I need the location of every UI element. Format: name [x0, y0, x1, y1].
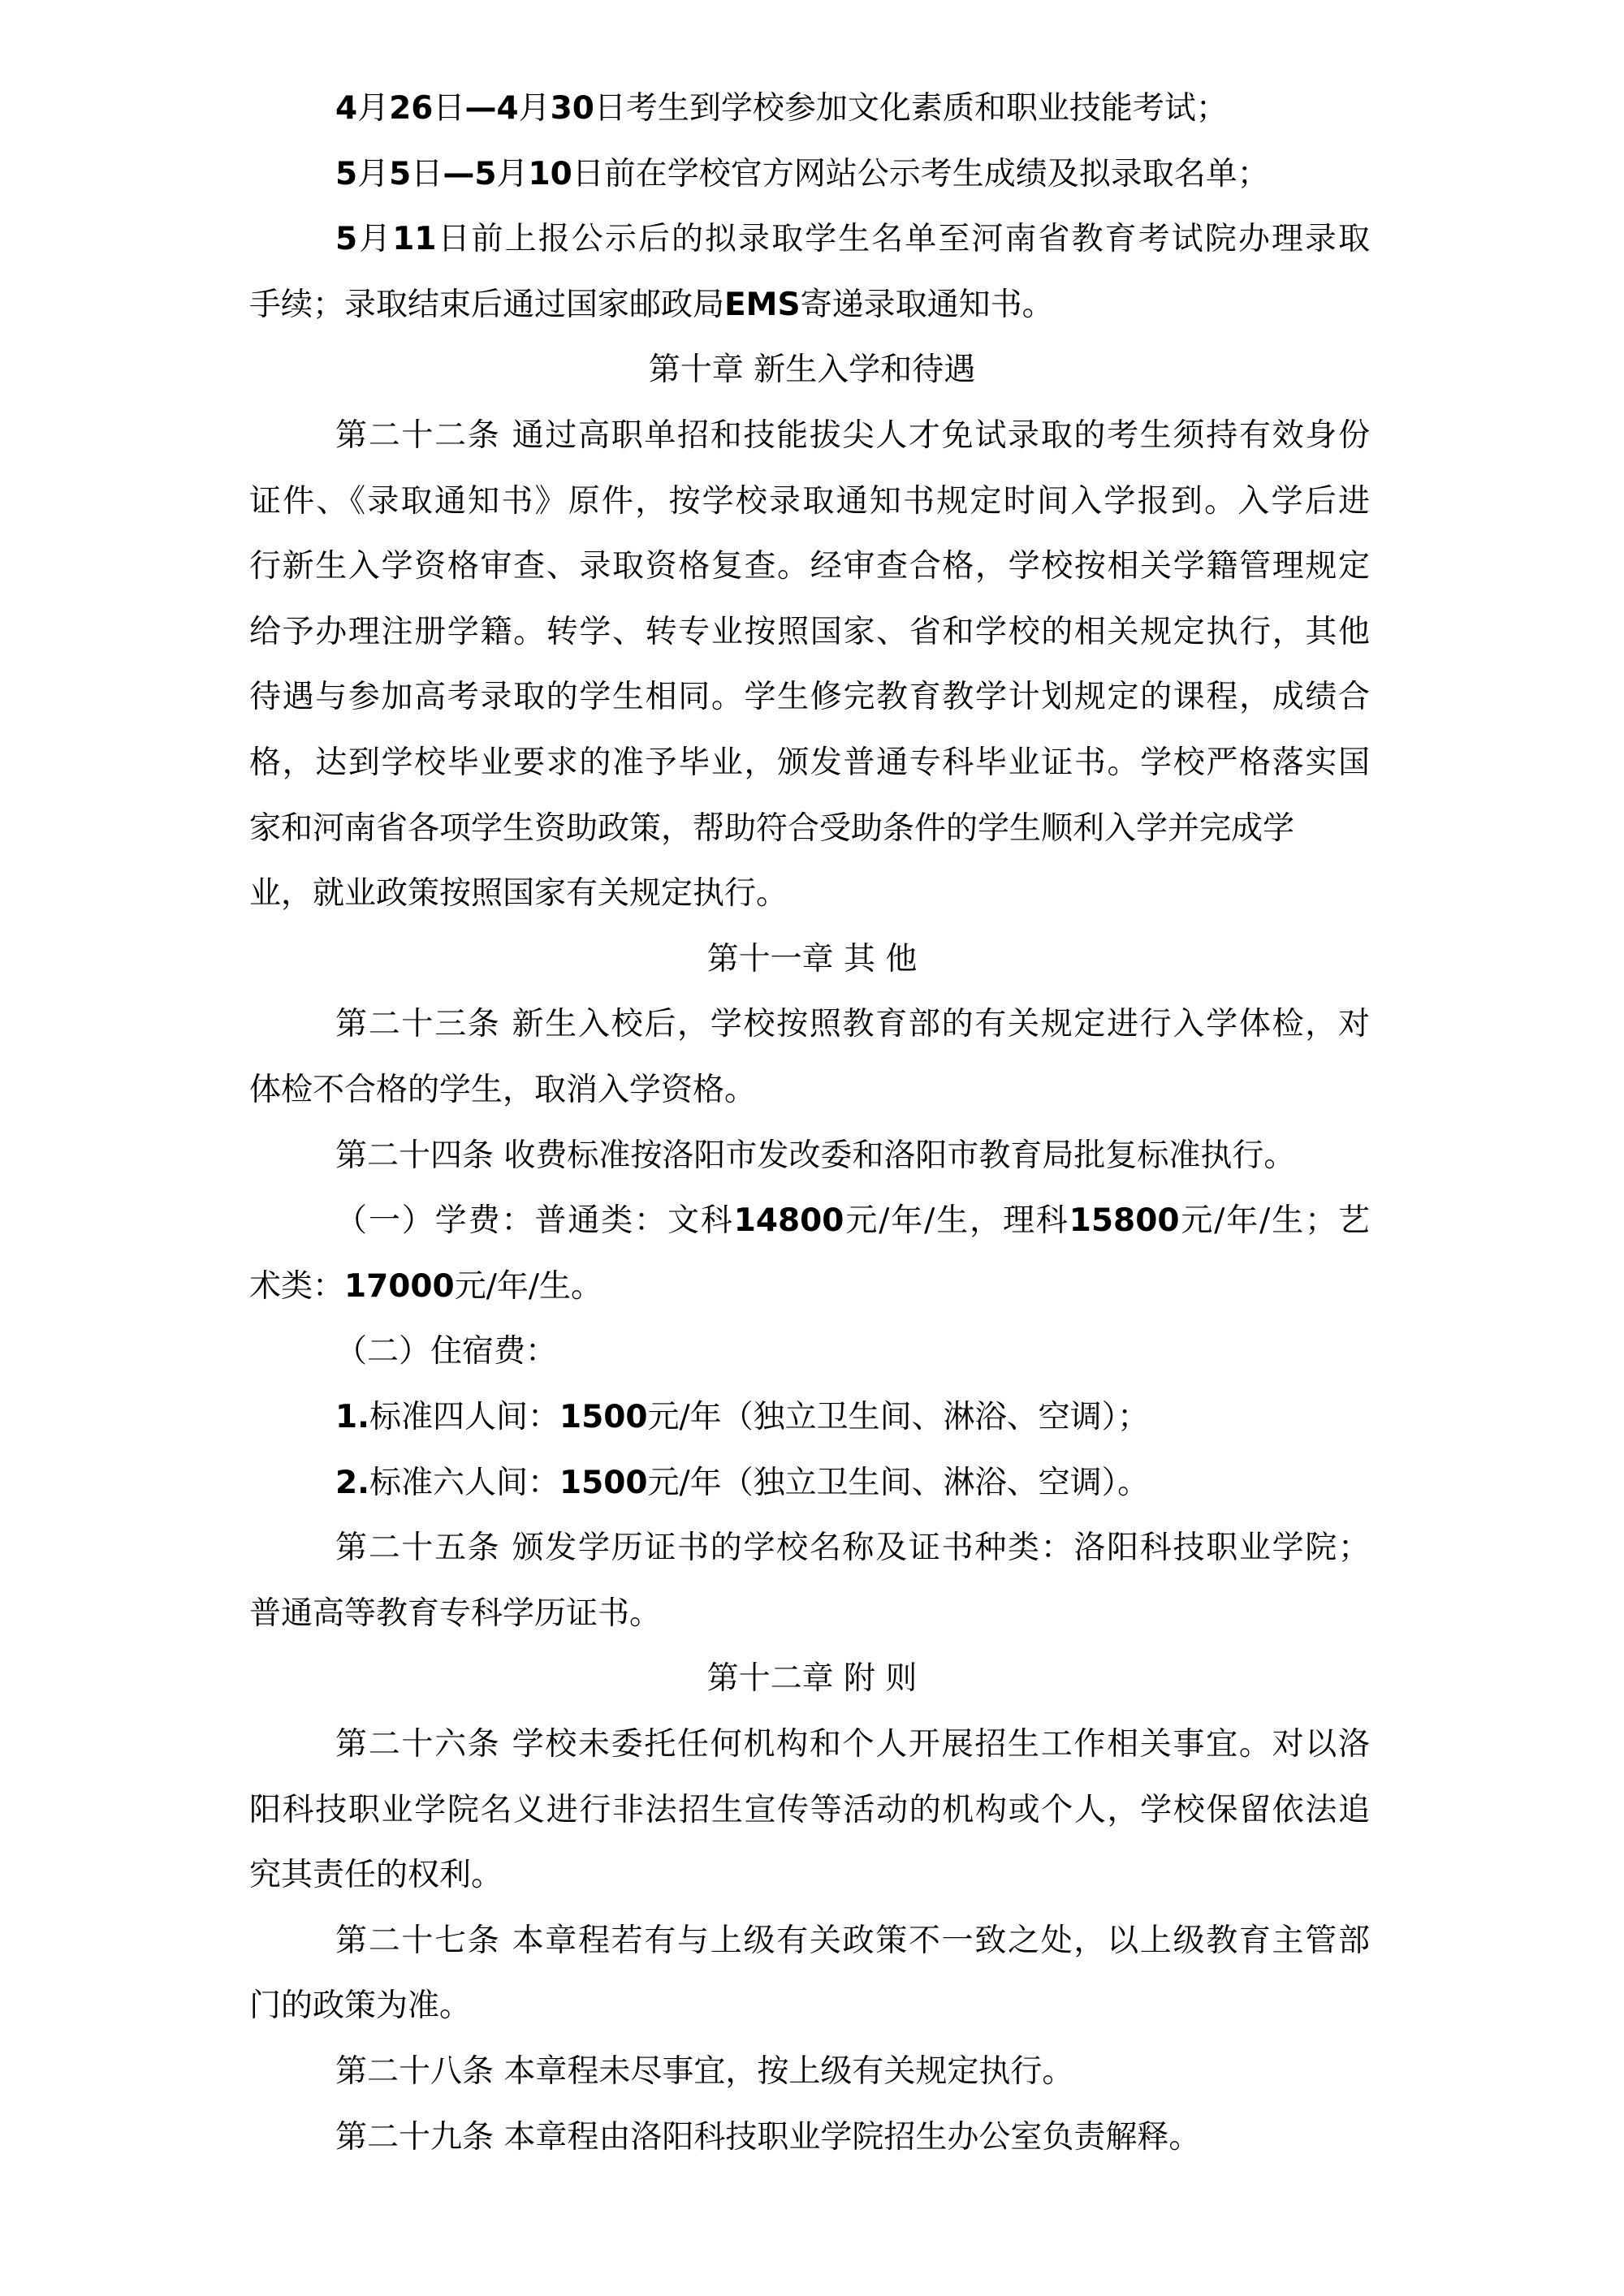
bold-text: 10: [528, 156, 572, 192]
text-line: 2.标准六人间：1500元/年（独立卫生间、淋浴、空调）。: [335, 1451, 1370, 1516]
text-segment: 第二十二条 通过高职单招和技能拔尖人才免试录取的考生须持有效身份: [335, 417, 1370, 454]
bold-text: 4: [335, 90, 357, 127]
text-segment: （一）学费：普通类：文科: [335, 1202, 734, 1239]
text-line: 5月11日前上报公示后的拟录取学生名单至河南省教育考试院办理录取: [335, 207, 1370, 272]
text-line: 第二十二条 通过高职单招和技能拔尖人才免试录取的考生须持有效身份: [335, 404, 1370, 468]
bold-text: 17000: [344, 1268, 455, 1305]
text-segment: 月: [496, 156, 528, 192]
text-line: 体检不合格的学生，取消入学资格。: [249, 1058, 1370, 1123]
text-segment: （二）住宿费：: [335, 1333, 557, 1370]
text-segment: 第十章 新生入学和待遇: [649, 352, 975, 388]
text-segment: 第二十八条 本章程未尽事宜，按上级有关规定执行。: [335, 2053, 1073, 2090]
text-segment: 体检不合格的学生，取消入学资格。: [249, 1072, 756, 1108]
text-segment: 阳科技职业学院名义进行非法招生宣传等活动的机构或个人，学校保留依法追: [249, 1792, 1370, 1828]
text-segment: 月: [357, 156, 389, 192]
bold-text: 5: [389, 156, 411, 192]
chapter-heading: 第十一章 其 他: [0, 927, 1624, 992]
bold-text: —5: [443, 156, 496, 192]
text-segment: 术类：: [249, 1268, 344, 1305]
text-segment: 元/年/生。: [455, 1268, 603, 1305]
text-line: 1.标准四人间：1500元/年（独立卫生间、淋浴、空调）；: [335, 1385, 1370, 1450]
text-segment: 格，达到学校毕业要求的准予毕业，颁发普通专科毕业证书。学校严格落实国: [249, 744, 1370, 781]
text-segment: 证件、《录取通知书》原件，按学校录取通知书规定时间入学报到。入学后进: [249, 483, 1370, 520]
text-segment: 日前在学校官方网站公示考生成绩及拟录取名单；: [572, 156, 1269, 192]
bold-text: —4: [464, 90, 518, 127]
chapter-heading: 第十章 新生入学和待遇: [0, 338, 1624, 403]
text-line: 给予办理注册学籍。转学、转专业按照国家、省和学校的相关规定执行，其他: [249, 600, 1370, 665]
text-line: （二）住宿费：: [335, 1319, 1370, 1384]
text-segment: 元/年（独立卫生间、淋浴、空调）；: [648, 1399, 1150, 1435]
text-line: 证件、《录取通知书》原件，按学校录取通知书规定时间入学报到。入学后进: [249, 469, 1370, 534]
text-segment: 月: [357, 221, 392, 257]
bold-text: 2.: [335, 1465, 369, 1501]
text-segment: 手续；录取结束后通过国家邮政局: [249, 287, 724, 323]
bold-text: 11: [392, 221, 436, 257]
text-line: 手续；录取结束后通过国家邮政局EMS寄递录取通知书。: [249, 273, 1370, 338]
text-line: 家和河南省各项学生资助政策，帮助符合受助条件的学生顺利入学并完成学: [249, 796, 1370, 861]
bold-text: 26: [389, 90, 433, 127]
bold-text: 1500: [559, 1465, 648, 1501]
text-segment: 第十一章 其 他: [707, 941, 918, 978]
text-line: 格，达到学校毕业要求的准予毕业，颁发普通专科毕业证书。学校严格落实国: [249, 731, 1370, 796]
bold-text: 15800: [1069, 1202, 1180, 1239]
text-line: 第二十五条 颁发学历证书的学校名称及证书种类：洛阳科技职业学院；: [335, 1516, 1370, 1581]
text-line: 普通高等教育专科学历证书。: [249, 1582, 1370, 1646]
text-segment: 月: [519, 90, 551, 127]
text-segment: 家和河南省各项学生资助政策，帮助符合受助条件的学生顺利入学并完成学: [249, 810, 1294, 847]
text-segment: 待遇与参加高考录取的学生相同。学生修完教育教学计划规定的课程，成绩合: [249, 679, 1370, 715]
text-segment: 标准四人间：: [369, 1399, 559, 1435]
bold-text: 5: [335, 221, 357, 257]
text-segment: 第二十四条 收费标准按洛阳市发改委和洛阳市教育局批复标准执行。: [335, 1137, 1295, 1174]
bold-text: 5: [335, 156, 357, 192]
text-segment: 日: [411, 156, 443, 192]
text-segment: 普通高等教育专科学历证书。: [249, 1595, 661, 1632]
text-segment: 元/年（独立卫生间、淋浴、空调）。: [648, 1465, 1150, 1501]
text-line: 第二十六条 学校未委托任何机构和个人开展招生工作相关事宜。对以洛: [335, 1712, 1370, 1777]
text-segment: 月: [357, 90, 389, 127]
text-segment: 第二十五条 颁发学历证书的学校名称及证书种类：洛阳科技职业学院；: [335, 1530, 1370, 1566]
text-segment: 究其责任的权利。: [249, 1857, 503, 1893]
text-segment: 第十二章 附 则: [707, 1660, 918, 1697]
text-segment: 给予办理注册学籍。转学、转专业按照国家、省和学校的相关规定执行，其他: [249, 614, 1370, 650]
text-segment: 寄递录取通知书。: [801, 287, 1054, 323]
chapter-heading: 第十二章 附 则: [0, 1646, 1624, 1711]
text-line: 行新生入学资格审查、录取资格复查。经审查合格，学校按相关学籍管理规定: [249, 534, 1370, 599]
text-segment: 第二十三条 新生入校后，学校按照教育部的有关规定进行入学体检，对: [335, 1006, 1370, 1042]
text-line: 第二十九条 本章程由洛阳科技职业学院招生办公室负责解释。: [335, 2105, 1370, 2170]
text-segment: 日: [433, 90, 464, 127]
bold-text: EMS: [724, 287, 801, 323]
bold-text: 1500: [559, 1399, 648, 1435]
text-line: （一）学费：普通类：文科14800元/年/生，理科15800元/年/生；艺: [335, 1189, 1370, 1254]
text-line: 门的政策为准。: [249, 1974, 1370, 2039]
text-line: 第二十三条 新生入校后，学校按照教育部的有关规定进行入学体检，对: [335, 992, 1370, 1057]
text-segment: 第二十六条 学校未委托任何机构和个人开展招生工作相关事宜。对以洛: [335, 1726, 1370, 1763]
text-segment: 第二十九条 本章程由洛阳科技职业学院招生办公室负责解释。: [335, 2119, 1200, 2156]
text-line: 第二十七条 本章程若有与上级有关政策不一致之处，以上级教育主管部: [335, 1909, 1370, 1974]
text-segment: 元/年/生；艺: [1179, 1202, 1370, 1239]
text-line: 4月26日—4月30日考生到学校参加文化素质和职业技能考试；: [335, 76, 1370, 141]
text-line: 究其责任的权利。: [249, 1843, 1370, 1908]
text-segment: 日考生到学校参加文化素质和职业技能考试；: [594, 90, 1228, 127]
text-line: 待遇与参加高考录取的学生相同。学生修完教育教学计划规定的课程，成绩合: [249, 665, 1370, 730]
text-line: 第二十四条 收费标准按洛阳市发改委和洛阳市教育局批复标准执行。: [335, 1124, 1370, 1189]
bold-text: 1.: [335, 1399, 369, 1435]
text-segment: 标准六人间：: [369, 1465, 559, 1501]
text-segment: 门的政策为准。: [249, 1987, 471, 2024]
text-segment: 业，就业政策按照国家有关规定执行。: [249, 875, 788, 912]
bold-text: 14800: [734, 1202, 844, 1239]
text-segment: 第二十七条 本章程若有与上级有关政策不一致之处，以上级教育主管部: [335, 1923, 1370, 1959]
text-segment: 日前上报公示后的拟录取学生名单至河南省教育考试院办理录取: [437, 221, 1370, 257]
text-line: 业，就业政策按照国家有关规定执行。: [249, 861, 1370, 926]
document-page: 4月26日—4月30日考生到学校参加文化素质和职业技能考试；5月5日—5月10日…: [0, 0, 1624, 2296]
text-line: 术类：17000元/年/生。: [249, 1254, 1370, 1319]
text-segment: 行新生入学资格审查、录取资格复查。经审查合格，学校按相关学籍管理规定: [249, 548, 1370, 585]
bold-text: 30: [551, 90, 594, 127]
text-segment: 元/年/生，理科: [844, 1202, 1069, 1239]
text-line: 阳科技职业学院名义进行非法招生宣传等活动的机构或个人，学校保留依法追: [249, 1778, 1370, 1843]
text-line: 5月5日—5月10日前在学校官方网站公示考生成绩及拟录取名单；: [335, 142, 1370, 207]
text-line: 第二十八条 本章程未尽事宜，按上级有关规定执行。: [335, 2039, 1370, 2104]
